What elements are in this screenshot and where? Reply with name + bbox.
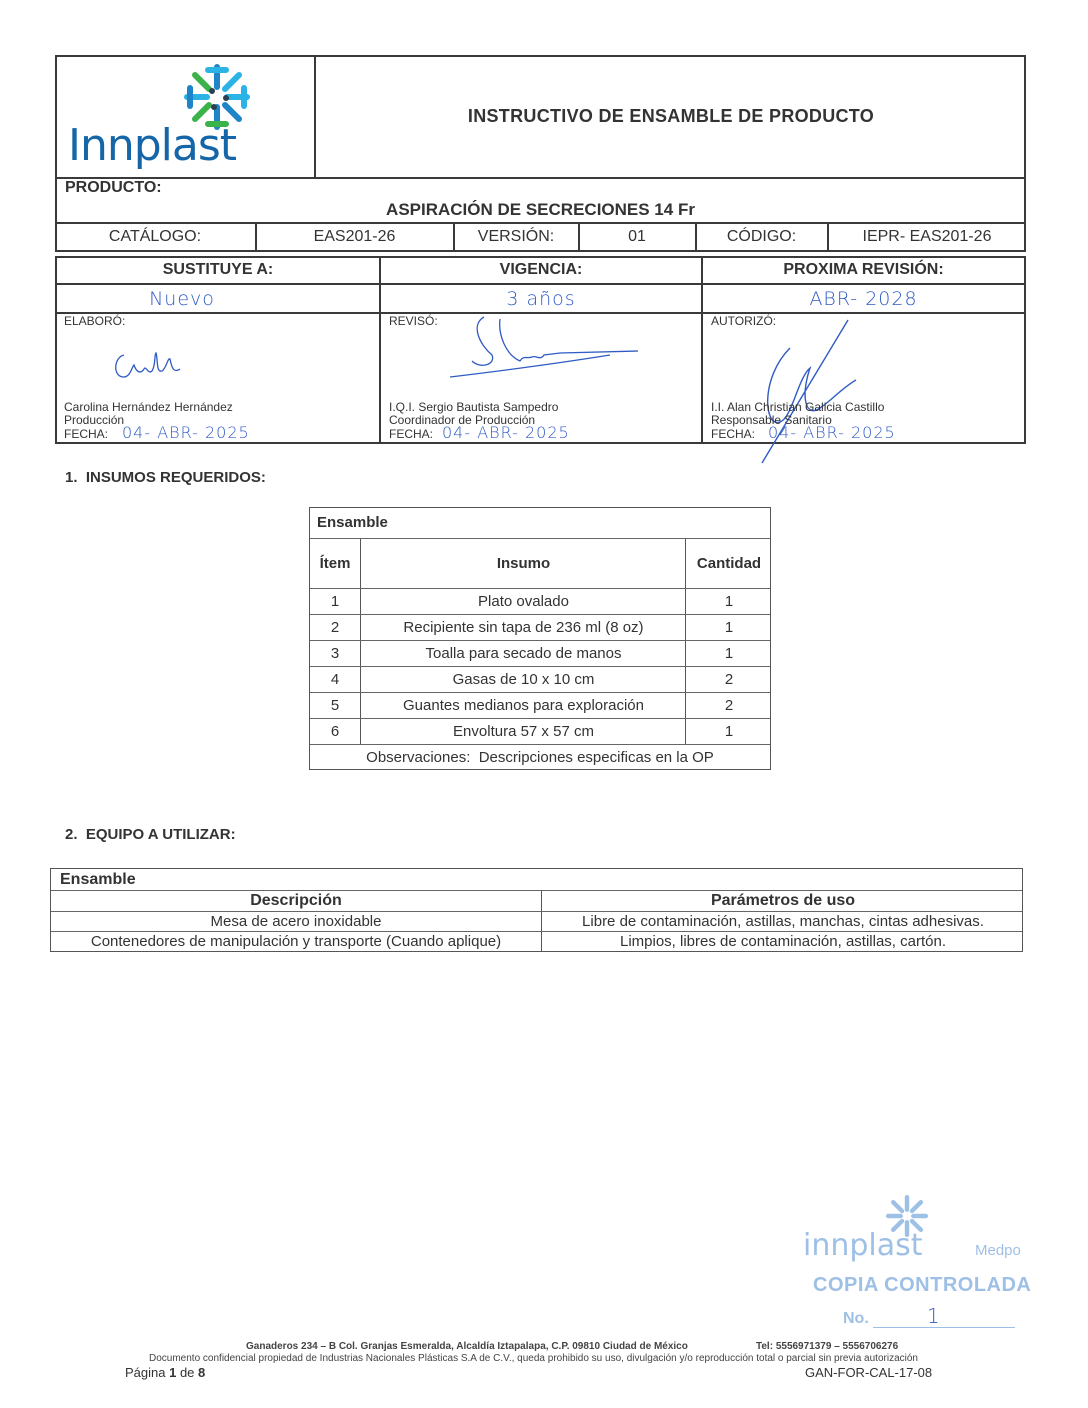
cell-cantidad: 1 [685,589,772,614]
version-label: VERSIÓN: [454,223,578,251]
company-logo: Innplast [62,62,312,174]
table-row: 2Recipiente sin tapa de 236 ml (8 oz)1 [310,614,770,640]
page-prefix: Página [125,1365,169,1380]
table-row: 1Plato ovalado1 [310,588,770,614]
column-header-supply: Insumo [360,539,686,588]
reviewed-by-label: REVISÓ: [389,315,438,328]
observations-row: Observaciones: Descripciones especificas… [310,744,770,770]
cell-insumo: Guantes medianos para exploración [360,693,686,718]
cell-item: 3 [310,641,360,666]
divider [55,177,1026,179]
equipment-table: Ensamble Descripción Parámetros de uso M… [50,868,1023,952]
table-row: 3Toalla para secado de manos1 [310,640,770,666]
product-label: PRODUCTO: [65,179,162,197]
code-value: IEPR- EAS201-26 [828,223,1026,251]
cell-insumo: Gasas de 10 x 10 cm [360,667,686,692]
table-row: Mesa de acero inoxidableLibre de contami… [51,911,1022,931]
cell-item: 5 [310,693,360,718]
catalog-label: CATÁLOGO: [55,223,255,251]
stamp-partner: Medpo [975,1242,1021,1259]
replaces-label: SUSTITUYE A: [57,257,379,283]
table-row: 5Guantes medianos para exploración2 [310,692,770,718]
signature-prepared-icon [110,345,190,385]
reviewed-by-date: 04- ABR- 2025 [442,423,570,442]
prepared-by-date-label: FECHA: [64,428,108,441]
stamp-number-line [873,1327,1015,1328]
table-row: Contenedores de manipulación y transport… [51,931,1022,951]
page-number: Página 1 de 8 [125,1365,205,1380]
replaces-value: Nuevo [57,285,307,312]
section-1-heading: 1. INSUMOS REQUERIDOS: [65,469,266,486]
equipment-table-title: Ensamble [60,871,136,889]
cell-insumo: Toalla para secado de manos [360,641,686,666]
observations-text: Observaciones: Descripciones especificas… [310,745,770,770]
stamp-text: COPIA CONTROLADA [813,1274,1031,1297]
cell-description: Mesa de acero inoxidable [51,912,541,931]
cell-item: 4 [310,667,360,692]
prepared-by-position: Producción [64,414,124,427]
table-row: 6Envoltura 57 x 57 cm1 [310,718,770,744]
cell-parameters: Limpios, libres de contaminación, astill… [541,932,1024,951]
stamp-number-label: No. [843,1310,869,1328]
cell-insumo: Recipiente sin tapa de 236 ml (8 oz) [360,615,686,640]
stamp-brand: innplast [803,1228,923,1263]
validity-label: VIGENCIA: [381,257,701,283]
column-header-description: Descripción [51,891,541,911]
next-review-value: ABR- 2028 [703,285,1024,312]
cell-cantidad: 1 [685,719,772,744]
equipment-header-row: Descripción Parámetros de uso [51,890,1022,911]
column-header-quantity: Cantidad [685,539,772,588]
validity-value: 3 años [381,285,701,312]
form-code: GAN-FOR-CAL-17-08 [805,1365,932,1380]
document-title: INSTRUCTIVO DE ENSAMBLE DE PRODUCTO [316,55,1026,177]
cell-parameters: Libre de contaminación, astillas, mancha… [541,912,1024,931]
reviewed-by-date-label: FECHA: [389,428,433,441]
column-header-item: Ítem [310,539,360,588]
cell-item: 2 [310,615,360,640]
divider [55,312,1026,314]
product-name: ASPIRACIÓN DE SECRECIONES 14 Fr [55,198,1026,222]
footer-confidential: Documento confidencial propiedad de Indu… [126,1353,941,1364]
page-total: 8 [198,1365,205,1380]
cell-cantidad: 1 [685,641,772,666]
logo-text: Innplast [68,120,236,171]
supplies-table-title: Ensamble [317,514,388,531]
next-review-label: PROXIMA REVISIÓN: [703,257,1024,283]
section-2-heading: 2. EQUIPO A UTILIZAR: [65,826,236,843]
signature-authorized-icon [750,318,870,468]
cell-insumo: Envoltura 57 x 57 cm [360,719,686,744]
stamp-number-value: 1 [927,1304,941,1328]
controlled-copy-stamp: innplast Medpo COPIA CONTROLADA No. 1 [795,1192,1055,1342]
footer-address: Ganaderos 234 – B Col. Granjas Esmeralda… [246,1341,688,1352]
version-value: 01 [579,223,695,251]
signature-reviewed-icon [440,315,640,385]
footer-phone: Tel: 5556971379 – 5556706276 [756,1341,898,1352]
cell-description: Contenedores de manipulación y transport… [51,932,541,951]
cell-cantidad: 1 [685,615,772,640]
code-label: CÓDIGO: [696,223,827,251]
prepared-by-label: ELABORÓ: [64,315,125,328]
cell-insumo: Plato ovalado [360,589,686,614]
cell-cantidad: 2 [685,693,772,718]
prepared-by-date: 04- ABR- 2025 [122,423,250,442]
table-row: 4Gasas de 10 x 10 cm2 [310,666,770,692]
cell-item: 6 [310,719,360,744]
catalog-value: EAS201-26 [256,223,453,251]
cell-item: 1 [310,589,360,614]
supplies-table: Ensamble Ítem Insumo Cantidad 1Plato ova… [309,507,771,770]
authorized-by-date-label: FECHA: [711,428,755,441]
page-mid: de [176,1365,198,1380]
authorized-by-date: 04- ABR- 2025 [768,423,896,442]
column-header-parameters: Parámetros de uso [541,891,1024,911]
supplies-header-row: Ítem Insumo Cantidad [310,538,770,588]
cell-cantidad: 2 [685,667,772,692]
